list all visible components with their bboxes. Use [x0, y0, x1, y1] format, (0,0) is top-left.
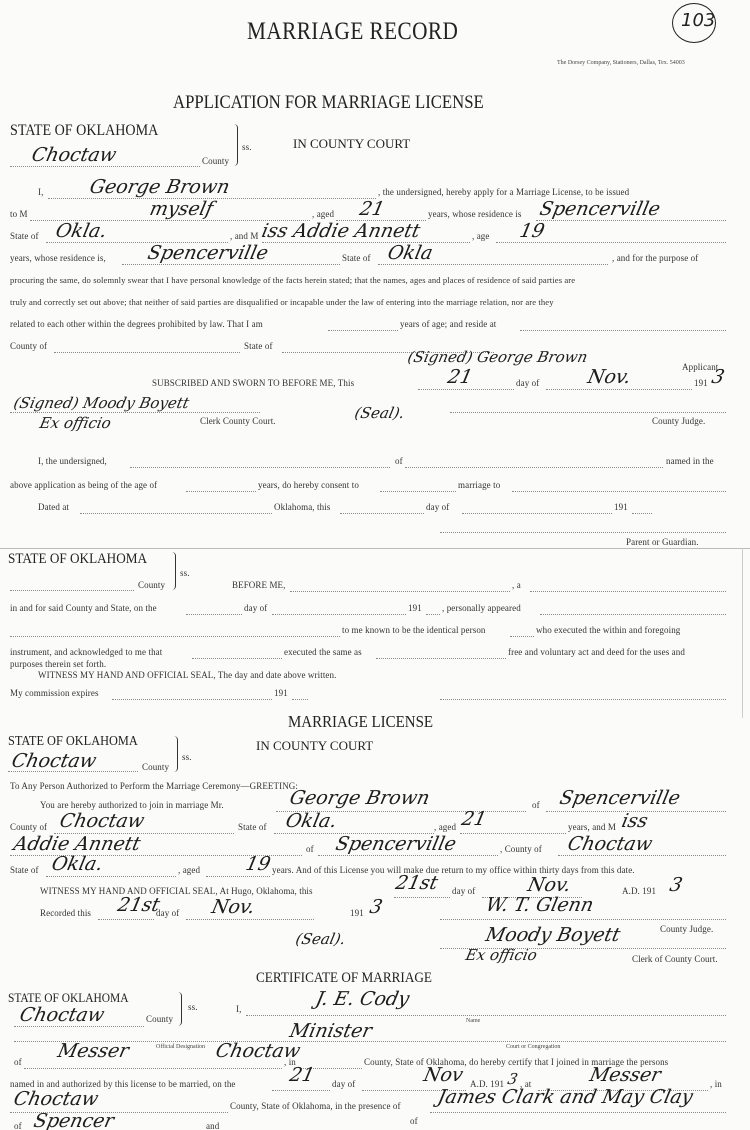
field-label: to M — [10, 209, 28, 219]
fill-in-line — [512, 491, 726, 492]
field-label: State of — [244, 341, 273, 351]
ss-label: ss. — [182, 752, 192, 762]
fill-in-line — [394, 897, 450, 898]
fill-in-line — [112, 699, 272, 700]
fill-in-line — [405, 467, 663, 468]
license-groom-state: Okla. — [284, 810, 339, 832]
license-bride-age: 19 — [244, 853, 273, 875]
license-greeting: To Any Person Authorized to Perform the … — [10, 781, 298, 791]
field-label: Dated at — [38, 502, 69, 512]
application-county-value: Choctaw — [30, 144, 119, 166]
field-label: day of — [516, 378, 539, 388]
field-label: day of — [332, 1079, 355, 1089]
fill-in-line — [328, 330, 398, 331]
fill-in-line — [440, 532, 726, 533]
brace — [170, 552, 176, 590]
field-label: My commission expires — [10, 688, 99, 698]
name-label: Name — [466, 1018, 480, 1024]
field-label: free and voluntary act and deed for the … — [508, 647, 685, 657]
fill-in-line — [290, 591, 510, 592]
page-number: 103 — [681, 10, 715, 31]
field-label: State of — [238, 822, 267, 832]
license-bride-name: Addie Annett — [12, 833, 143, 855]
fill-in-line — [632, 513, 652, 514]
fill-in-line — [10, 590, 134, 591]
printer-imprint: The Dorsey Company, Stationers, Dallas, … — [557, 60, 685, 66]
fill-in-line — [440, 699, 726, 700]
field-label: County, State of Oklahoma, in the presen… — [230, 1101, 401, 1111]
field-label: years, do hereby consent to — [258, 480, 359, 490]
license-bride-residence: Spencerville — [334, 833, 459, 855]
certificate-county-value: Choctaw — [18, 1004, 107, 1026]
witnesses: James Clark and May Clay — [436, 1086, 695, 1108]
license-clerk-exofficio: Ex officio — [464, 946, 539, 964]
field-label: A.D. 191 — [622, 886, 656, 896]
fill-in-line — [536, 220, 726, 221]
field-label: , and M — [230, 231, 258, 241]
fill-in-line — [376, 658, 506, 659]
fill-in-line — [380, 491, 456, 492]
application-court: IN COUNTY COURT — [293, 136, 410, 152]
officiant-designation: Minister — [288, 1020, 374, 1042]
county-label: County — [146, 1014, 173, 1024]
fill-in-line — [292, 699, 308, 700]
sworn-label: SUBSCRIBED AND SWORN TO BEFORE ME, This — [152, 378, 354, 388]
brace — [176, 992, 182, 1026]
field-label: 191 — [274, 688, 288, 698]
clerk-label: Clerk County Court. — [200, 416, 276, 426]
field-label: day of — [426, 502, 449, 512]
field-label: , aged — [434, 822, 456, 832]
officiant-county: Choctaw — [214, 1040, 303, 1062]
field-label: and — [206, 1121, 219, 1130]
clerk-signature: (Signed) Moody Boyett — [12, 394, 191, 412]
license-witness-label: WITNESS MY HAND AND OFFICIAL SEAL, At Hu… — [40, 886, 313, 896]
oath-line-1: procuring the same, do solemnly swear th… — [10, 275, 575, 285]
field-label: I, — [236, 1004, 241, 1014]
county-label: County — [138, 580, 165, 590]
field-label: marriage to — [458, 480, 500, 490]
fill-in-line — [558, 855, 726, 856]
field-label: named in the — [666, 456, 714, 466]
field-label: of — [14, 1121, 22, 1130]
oath-line-3b: years of age; and reside at — [400, 319, 496, 329]
judge-label: County Judge. — [660, 924, 713, 934]
applicant-signature: (Signed) George Brown — [406, 348, 589, 366]
ss-label: ss. — [188, 1002, 198, 1012]
bride-residence: Spencerville — [146, 242, 271, 264]
field-label: I, — [38, 187, 43, 197]
field-label: , aged — [312, 209, 334, 219]
bride-age: 19 — [518, 220, 547, 242]
application-title: APPLICATION FOR MARRIAGE LICENSE — [173, 92, 484, 114]
fill-in-line — [122, 264, 340, 265]
fill-in-line — [262, 242, 470, 243]
fill-in-line — [80, 513, 272, 514]
clerk-label: Clerk of County Court. — [632, 954, 718, 964]
license-seal: (Seal). — [294, 930, 347, 948]
fill-in-line — [460, 833, 566, 834]
married-place: Messer — [588, 1064, 663, 1086]
guardian-label: Parent or Guardian. — [626, 537, 699, 547]
field-label: executed the same as — [284, 647, 362, 657]
license-witness-day: 21st — [394, 872, 440, 894]
field-label: Recorded this — [40, 908, 91, 918]
fill-in-line — [54, 352, 240, 353]
field-label: , in — [710, 1079, 722, 1089]
field-label: of — [410, 1116, 418, 1126]
brace — [172, 736, 178, 772]
fill-in-line — [272, 614, 406, 615]
field-label: of — [532, 800, 540, 810]
fill-in-line — [186, 614, 242, 615]
sworn-day: 21 — [446, 366, 475, 388]
oath-line-2: truly and correctly set out above; that … — [10, 297, 554, 307]
ss-label: ss. — [242, 142, 252, 152]
field-label: above application as being of the age of — [10, 480, 157, 490]
field-label: County of — [10, 341, 47, 351]
fill-in-line — [10, 166, 200, 167]
judge-label: County Judge. — [652, 416, 705, 426]
license-county-value: Choctaw — [10, 750, 99, 772]
groom-name-value: myself — [148, 198, 216, 220]
fill-in-line — [496, 242, 726, 243]
field-label: day of — [244, 603, 267, 613]
bride-state: Okla — [386, 242, 435, 264]
fill-in-line — [46, 876, 176, 877]
field-label: of — [306, 844, 314, 854]
fill-in-line — [130, 467, 390, 468]
fill-in-line — [272, 1090, 330, 1091]
married-county: Choctaw — [12, 1088, 101, 1110]
field-label: State of — [10, 865, 39, 875]
license-groom-county: Choctaw — [58, 810, 147, 832]
fill-in-line — [10, 636, 340, 637]
field-label: 191 — [614, 502, 628, 512]
recorded-month: Nov. — [210, 896, 257, 918]
page-number-circle: 103 — [672, 3, 716, 43]
field-label: BEFORE ME, — [232, 580, 286, 590]
field-label: 191 — [694, 378, 708, 388]
license-clerk-signature: Moody Boyett — [484, 924, 623, 946]
license-miss: iss — [620, 810, 650, 832]
applicant-name: George Brown — [88, 176, 232, 198]
field-label: , a — [512, 580, 521, 590]
certificate-title: CERTIFICATE OF MARRIAGE — [256, 970, 432, 987]
married-day: 21 — [288, 1064, 317, 1086]
groom-residence: Spencerville — [538, 198, 663, 220]
groom-state: Okla. — [54, 220, 109, 242]
field-label: who executed the within and foregoing — [536, 625, 680, 635]
field-label: , personally appeared — [442, 603, 521, 613]
field-label: instrument, and acknowledged to me that — [10, 647, 162, 657]
field-label: Oklahoma, this — [274, 502, 330, 512]
field-label: to me known to be the identical person — [342, 625, 486, 635]
section-divider — [742, 548, 743, 718]
fill-in-line — [530, 591, 726, 592]
field-label: day of — [452, 886, 475, 896]
field-label: years, whose residence is — [428, 209, 521, 219]
field-label: years, whose residence is, — [10, 253, 106, 263]
fill-in-line — [540, 614, 726, 615]
recorded-day: 21st — [116, 894, 162, 916]
field-label: , aged — [178, 865, 200, 875]
field-label: , the undersigned, hereby apply for a Ma… — [378, 187, 629, 197]
field-label: 191 — [350, 908, 364, 918]
ss-label: ss. — [180, 568, 190, 578]
court-congregation-label: Court or Congregation — [506, 1044, 560, 1050]
official-designation-label: Official Designation — [156, 1044, 205, 1050]
officiant-place: Messer — [56, 1040, 131, 1062]
field-label: in and for said County and State, on the — [10, 603, 157, 613]
fill-in-line — [340, 513, 424, 514]
field-label: , age — [472, 231, 490, 241]
section-divider — [0, 548, 750, 549]
license-title: MARRIAGE LICENSE — [288, 712, 433, 732]
field-label: County of — [10, 822, 47, 832]
fill-in-line — [510, 636, 534, 637]
ack-witness: WITNESS MY HAND AND OFFICIAL SEAL, The d… — [38, 670, 336, 680]
clerk-exofficio: Ex officio — [38, 414, 113, 432]
fill-in-line — [246, 1015, 726, 1016]
field-label: State of — [10, 231, 39, 241]
judge-signature: W. T. Glenn — [484, 894, 596, 916]
seal: (Seal). — [353, 404, 406, 422]
license-groom-residence: Spencerville — [558, 787, 683, 809]
application-state-header: STATE OF OKLAHOMA — [10, 122, 158, 140]
fill-in-line — [418, 389, 514, 390]
license-bride-county: Choctaw — [566, 833, 655, 855]
married-month: Nov — [422, 1064, 465, 1086]
brace — [232, 124, 238, 166]
fill-in-line — [192, 658, 282, 659]
fill-in-line — [520, 330, 726, 331]
county-label: County — [142, 762, 169, 772]
license-groom-name: George Brown — [288, 787, 432, 809]
field-label: , and for the purpose of — [612, 253, 698, 263]
officiant-name: J. E. Cody — [314, 988, 412, 1010]
field-label: day of — [156, 908, 179, 918]
field-label: purposes therein set forth. — [10, 659, 106, 669]
fill-in-line — [462, 513, 612, 514]
fill-in-line — [450, 412, 726, 413]
fill-in-line — [440, 919, 726, 920]
record-title: MARRIAGE RECORD — [247, 18, 458, 46]
fill-in-line — [14, 1026, 144, 1027]
fill-in-line — [546, 389, 692, 390]
fill-in-line — [24, 1068, 282, 1069]
county-label: County — [202, 156, 229, 166]
fill-in-line — [430, 1112, 726, 1113]
field-label: State of — [342, 253, 371, 263]
field-label: of — [14, 1057, 22, 1067]
license-witness-month: Nov. — [526, 874, 573, 896]
ack-state-header: STATE OF OKLAHOMA — [8, 551, 147, 568]
license-court: IN COUNTY COURT — [256, 738, 373, 754]
fill-in-line — [318, 855, 498, 856]
recorded-year: 3 — [368, 896, 385, 918]
license-groom-age: 21 — [460, 808, 489, 830]
fill-in-line — [186, 919, 314, 920]
bride-name: iss Addie Annett — [260, 220, 422, 242]
license-bride-state: Okla. — [50, 853, 105, 875]
fill-in-line — [98, 919, 154, 920]
fill-in-line — [186, 491, 256, 492]
field-label: of — [395, 456, 403, 466]
fill-in-line — [426, 614, 440, 615]
oath-line-3a: related to each other within the degrees… — [10, 319, 263, 329]
fill-in-line — [10, 412, 260, 413]
fill-in-line — [378, 264, 608, 265]
field-label: 191 — [408, 603, 422, 613]
field-label: years, and M — [568, 822, 616, 832]
field-label: You are hereby authorized to join in mar… — [40, 800, 224, 810]
groom-age: 21 — [358, 198, 387, 220]
fill-in-line — [206, 876, 270, 877]
witness1-place: Spencer — [32, 1110, 116, 1130]
sworn-month: Nov. — [586, 366, 633, 388]
license-witness-year: 3 — [668, 874, 685, 896]
field-label: , County of — [500, 844, 542, 854]
license-state-header: STATE OF OKLAHOMA — [8, 734, 138, 750]
field-label: I, the undersigned, — [38, 456, 107, 466]
license-return-text: years. And of this License you will make… — [272, 865, 635, 875]
